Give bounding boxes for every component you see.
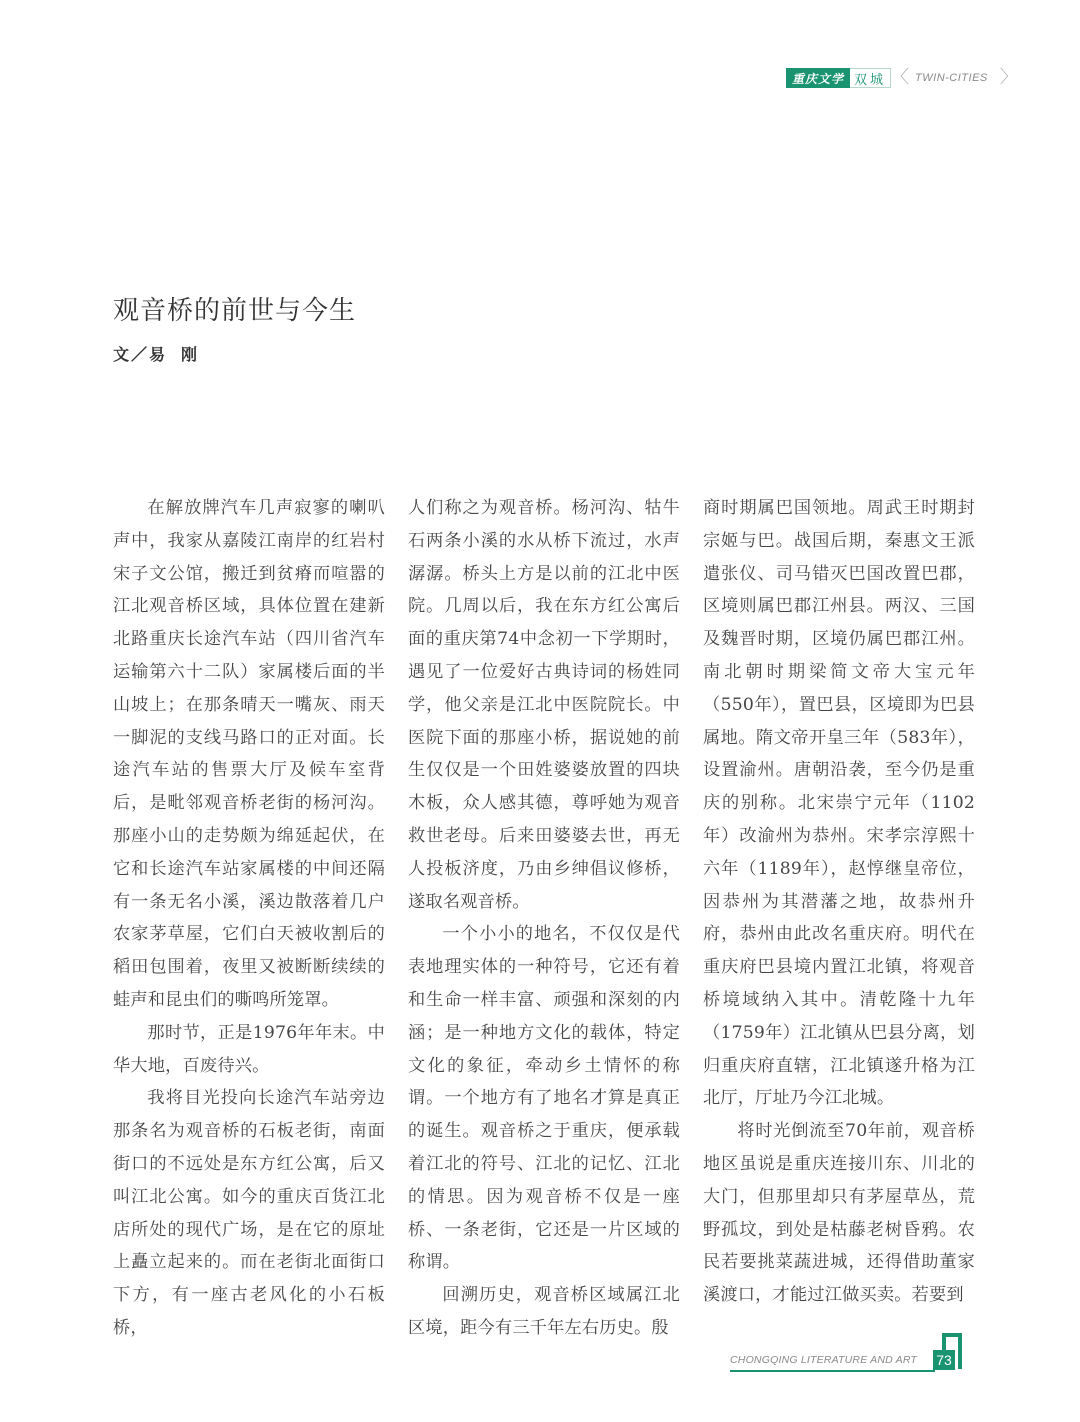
paragraph: 将时光倒流至70年前，观音桥地区虽说是重庆连接川东、川北的大门，但那里却只有茅屋… [703, 1115, 975, 1312]
page-footer: CHONGQING LITERATURE AND ART 73 [730, 1330, 970, 1380]
author-name-end: 刚 [181, 345, 199, 364]
paragraph: 回溯历史，观音桥区域属江北区境，距今有三千年左右历史。殷 [408, 1279, 680, 1345]
paragraph: 我将目光投向长途汽车站旁边那条名为观音桥的石板老街，南面街口的不远处是东方红公寓… [113, 1082, 385, 1344]
paragraph: 商时期属巴国领地。周武王时期封宗姬与巴。战国后期，秦惠文王派遣张仪、司马错灭巴国… [703, 492, 975, 1115]
article-title: 观音桥的前世与今生 [113, 290, 356, 327]
section-header: 重庆文学 双城 〈 TWIN-CITIES 〉 [786, 67, 1018, 89]
text-column-2: 人们称之为观音桥。杨河沟、牯牛石两条小溪的水从桥下流过，水声潺潺。桥头上方是以前… [408, 492, 680, 1345]
text-column-3: 商时期属巴国领地。周武王时期封宗姬与巴。战国后期，秦惠文王派遣张仪、司马错灭巴国… [703, 492, 975, 1345]
paragraph: 在解放牌汽车几声寂寥的喇叭声中，我家从嘉陵江南岸的红岩村宋子文公馆，搬迁到贫瘠而… [113, 492, 385, 1017]
footer-rule [730, 1370, 935, 1372]
right-bracket-icon: 〉 [1000, 69, 1018, 87]
paragraph: 一个小小的地名，不仅仅是代表地理实体的一种符号，它还有着和生命一样丰富、顽强和深… [408, 918, 680, 1279]
paragraph: 那时节，正是1976年年末。中华大地，百废待兴。 [113, 1017, 385, 1083]
section-name-en: TWIN-CITIES [915, 72, 988, 84]
section-name-cn: 双城 [850, 68, 891, 88]
text-column-1: 在解放牌汽车几声寂寥的喇叭声中，我家从嘉陵江南岸的红岩村宋子文公馆，搬迁到贫瘠而… [113, 492, 385, 1345]
paragraph: 人们称之为观音桥。杨河沟、牯牛石两条小溪的水从桥下流过，水声潺潺。桥头上方是以前… [408, 492, 680, 918]
left-bracket-icon: 〈 [891, 69, 909, 87]
article-body: 在解放牌汽车几声寂寥的喇叭声中，我家从嘉陵江南岸的红岩村宋子文公馆，搬迁到贫瘠而… [113, 492, 975, 1345]
author-prefix: 文／易 [113, 345, 167, 364]
magazine-name-en: CHONGQING LITERATURE AND ART [730, 1354, 917, 1366]
magazine-logo: 重庆文学 [786, 68, 850, 88]
page-number: 73 [933, 1350, 955, 1370]
article-author: 文／易刚 [113, 342, 199, 365]
